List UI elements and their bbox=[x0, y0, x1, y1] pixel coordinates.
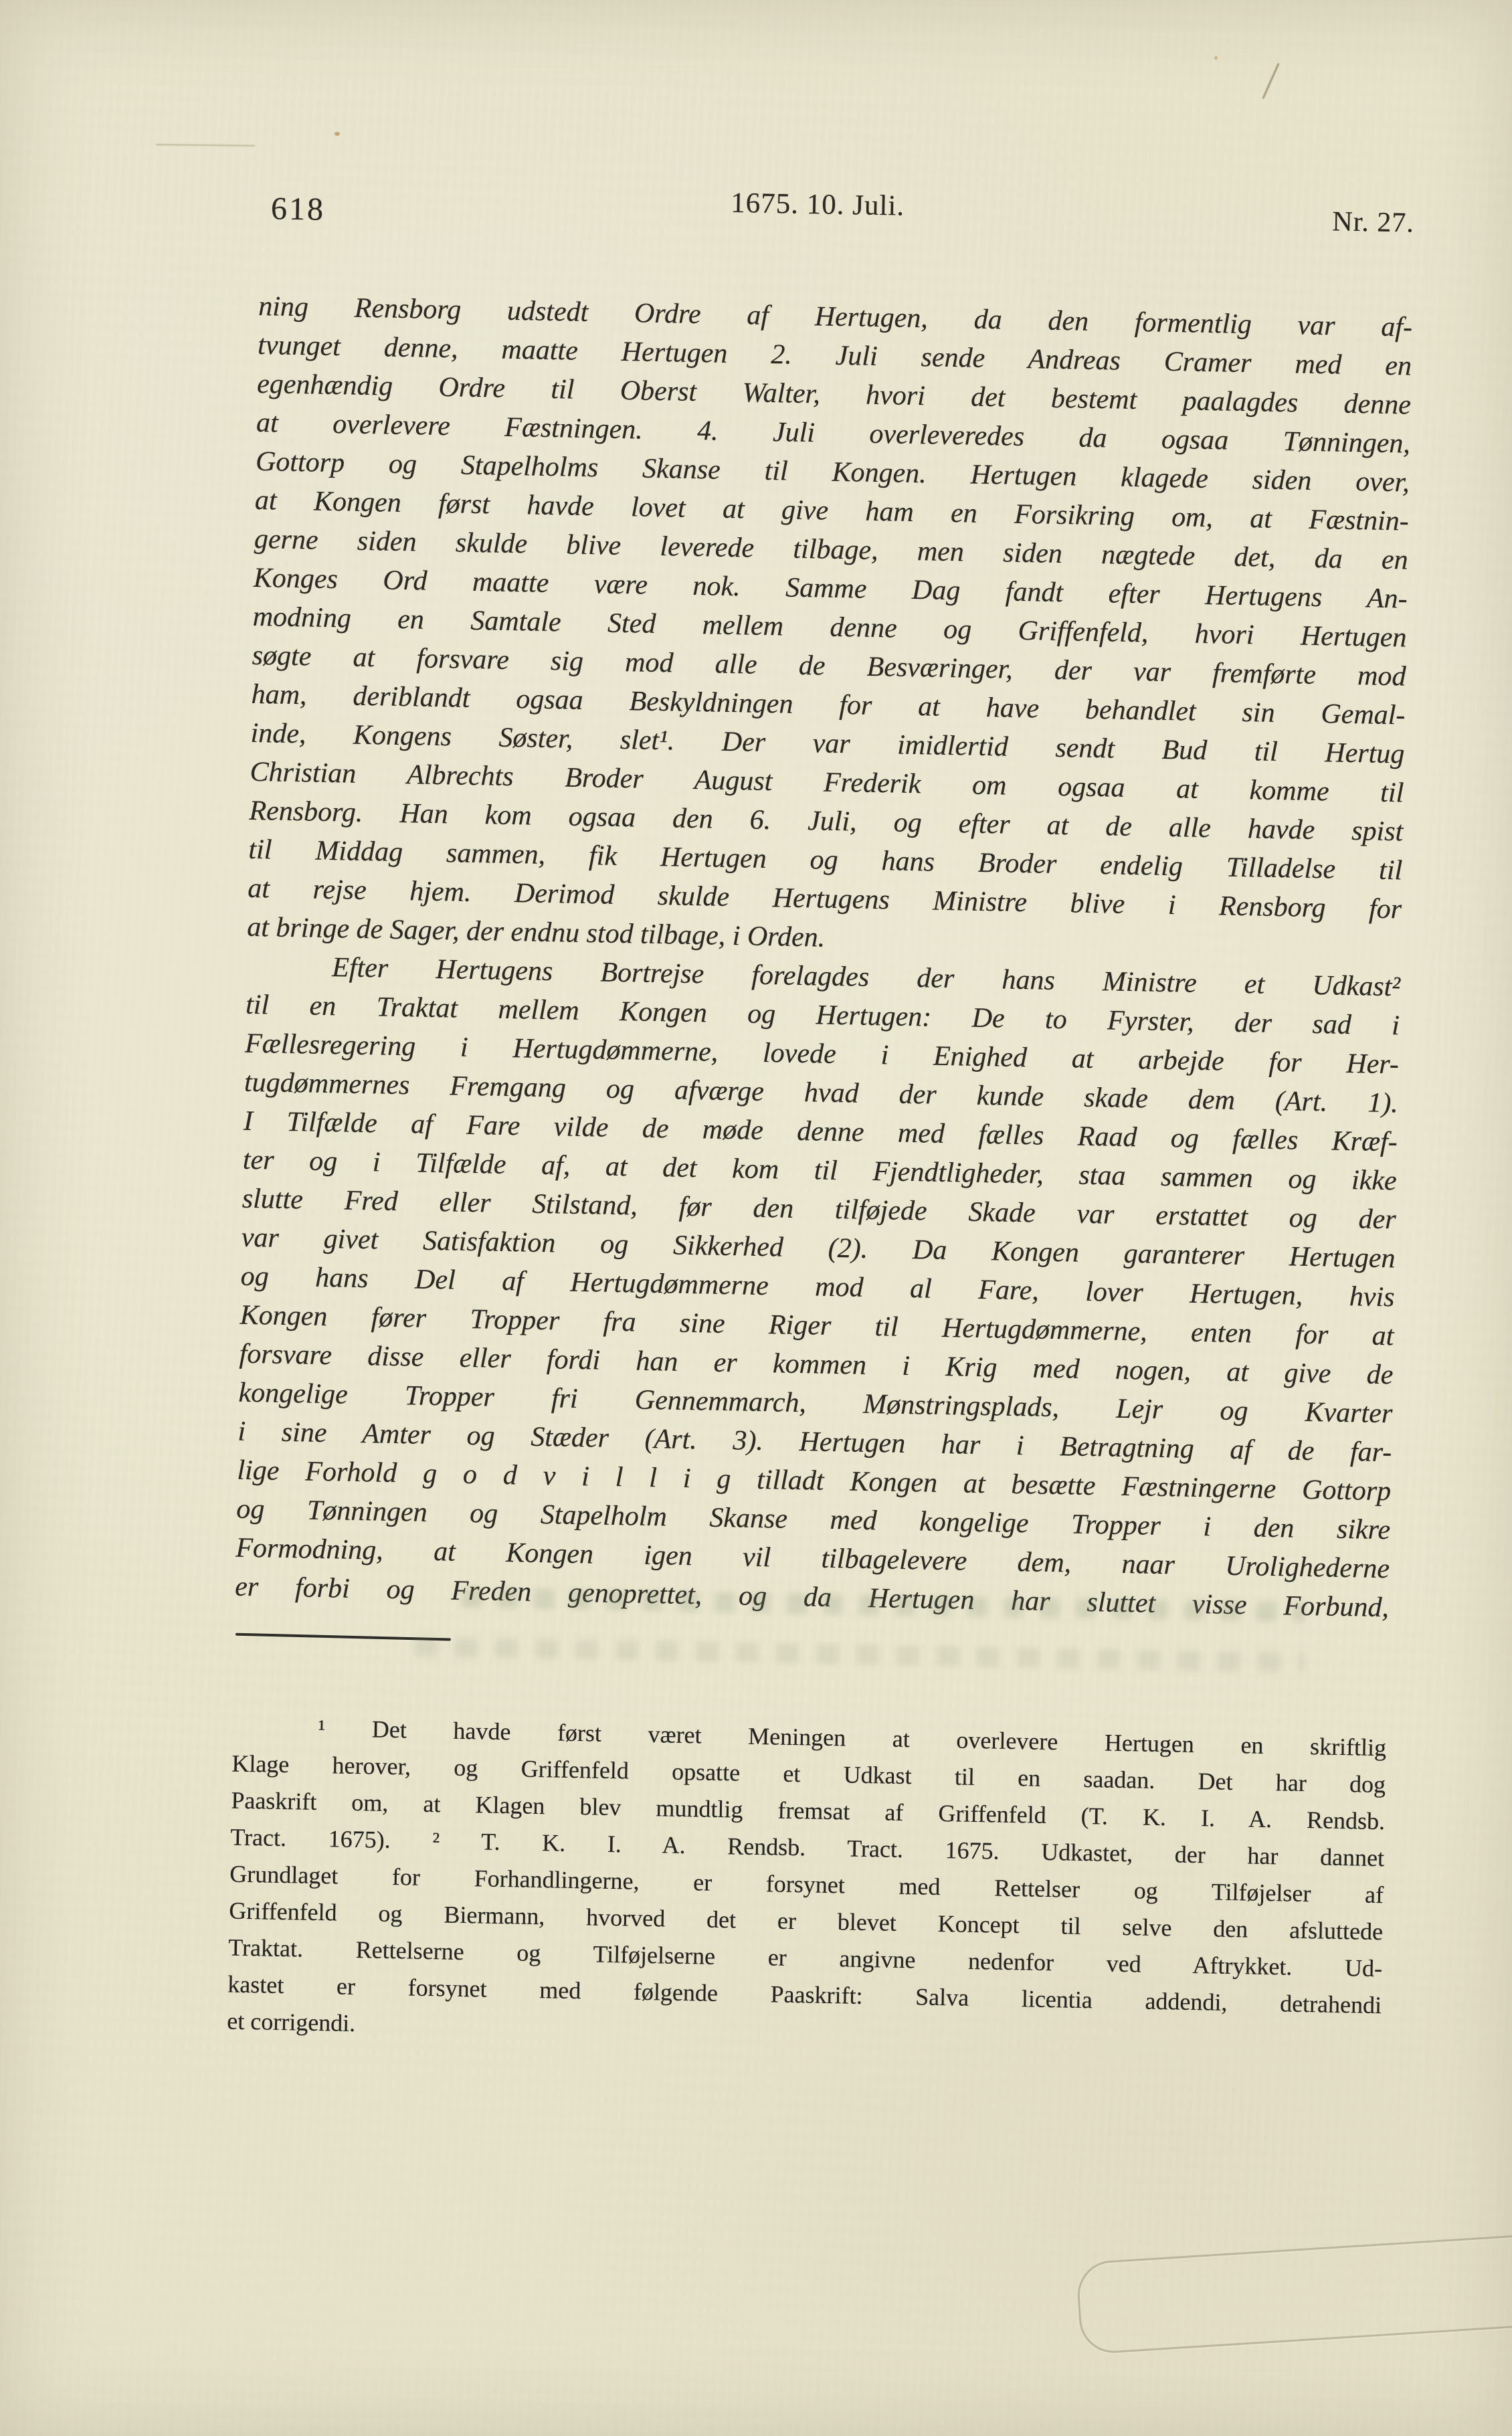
paper-stain bbox=[1214, 56, 1218, 60]
running-head-date: 1675. 10. Juli. bbox=[731, 187, 905, 223]
footnotes: ¹ Det havde først været Meningen at over… bbox=[227, 1709, 1387, 2061]
main-text: ning Rensborg udstedt Ordre af Hertugen,… bbox=[235, 287, 1413, 1627]
scanned-book-page: 618 1675. 10. Juli. Nr. 27. ning Rensbor… bbox=[0, 0, 1512, 2436]
paper-stain bbox=[335, 132, 340, 136]
page-content: 618 1675. 10. Juli. Nr. 27. ning Rensbor… bbox=[227, 173, 1415, 2061]
page-number: 618 bbox=[271, 190, 326, 227]
footnote-separator bbox=[235, 1633, 451, 1641]
running-head-document-number: Nr. 27. bbox=[1332, 205, 1414, 239]
embossed-pocket-outline bbox=[1076, 2230, 1512, 2355]
running-head: 618 1675. 10. Juli. Nr. 27. bbox=[261, 173, 1415, 194]
paper-scratch bbox=[156, 144, 255, 147]
paper-fiber bbox=[1262, 63, 1279, 99]
